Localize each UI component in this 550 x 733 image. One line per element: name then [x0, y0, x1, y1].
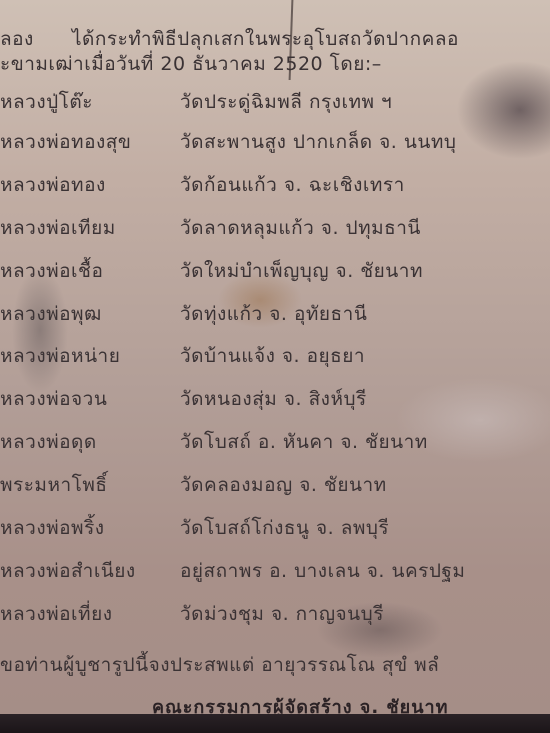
intro-line-1-left: ลอง — [0, 30, 34, 49]
monk-name: หลวงพ่อสำเนียง — [0, 562, 136, 581]
monk-name: หลวงพ่อหน่าย — [0, 347, 120, 366]
monk-name: หลวงพ่อจวน — [0, 390, 107, 409]
monk-name: หลวงพ่อเทียม — [0, 219, 116, 238]
temple-location: วัดใหม่บำเพ็ญบุญ จ. ชัยนาท — [180, 262, 423, 281]
intro-line-1-right: ได้กระทำพิธีปลุกเสกในพระอุโบสถวัดปากคลอ — [72, 30, 459, 49]
monk-name: หลวงพ่อเชื้อ — [0, 262, 103, 281]
temple-location: วัดโบสถ์ อ. หันคา จ. ชัยนาท — [180, 433, 428, 452]
frame-bottom-edge — [0, 714, 550, 733]
monk-name: หลวงพ่อพริ้ง — [0, 519, 105, 538]
temple-location: วัดลาดหลุมแก้ว จ. ปทุมธานี — [180, 219, 421, 238]
monk-name: หลวงพ่อดุด — [0, 433, 97, 452]
temple-location: วัดบ้านแจ้ง จ. อยุธยา — [180, 347, 365, 366]
temple-location: วัดประดู่ฉิมพลี กรุงเทพ ฯ — [180, 93, 392, 112]
monk-name: หลวงพ่อพุฒ — [0, 305, 102, 324]
monk-name: หลวงพ่อทอง — [0, 176, 106, 195]
monk-name: หลวงปู่โต๊ะ — [0, 93, 93, 112]
temple-location: วัดหนองสุ่ม จ. สิงห์บุรี — [180, 390, 367, 409]
temple-location: วัดทุ่งแก้ว จ. อุทัยธานี — [180, 305, 367, 324]
temple-location: วัดม่วงชุม จ. กาญจนบุรี — [180, 605, 384, 624]
temple-location: วัดโบสถ์โก่งธนู จ. ลพบุรี — [180, 519, 389, 538]
monk-name: หลวงพ่อทองสุข — [0, 133, 131, 152]
monk-name: พระมหาโพธิ์ — [0, 476, 107, 495]
intro-line-2: ะขามเฒ่าเมื่อวันที่ 20 ธันวาคม 2520 โดย:… — [0, 55, 382, 74]
temple-location: อยู่สถาพร อ. บางเลน จ. นครปฐม — [180, 562, 465, 581]
monk-name: หลวงพ่อเที่ยง — [0, 605, 112, 624]
blessing-line: ขอท่านผู้บูชารูปนี้จงประสพแต่ อายุวรรณโณ… — [0, 656, 439, 675]
temple-location: วัดคลองมอญ จ. ชัยนาท — [180, 476, 387, 495]
temple-location: วัดสะพานสูง ปากเกล็ด จ. นนทบุ — [180, 133, 456, 152]
temple-location: วัดก้อนแก้ว จ. ฉะเชิงเทรา — [180, 176, 405, 195]
